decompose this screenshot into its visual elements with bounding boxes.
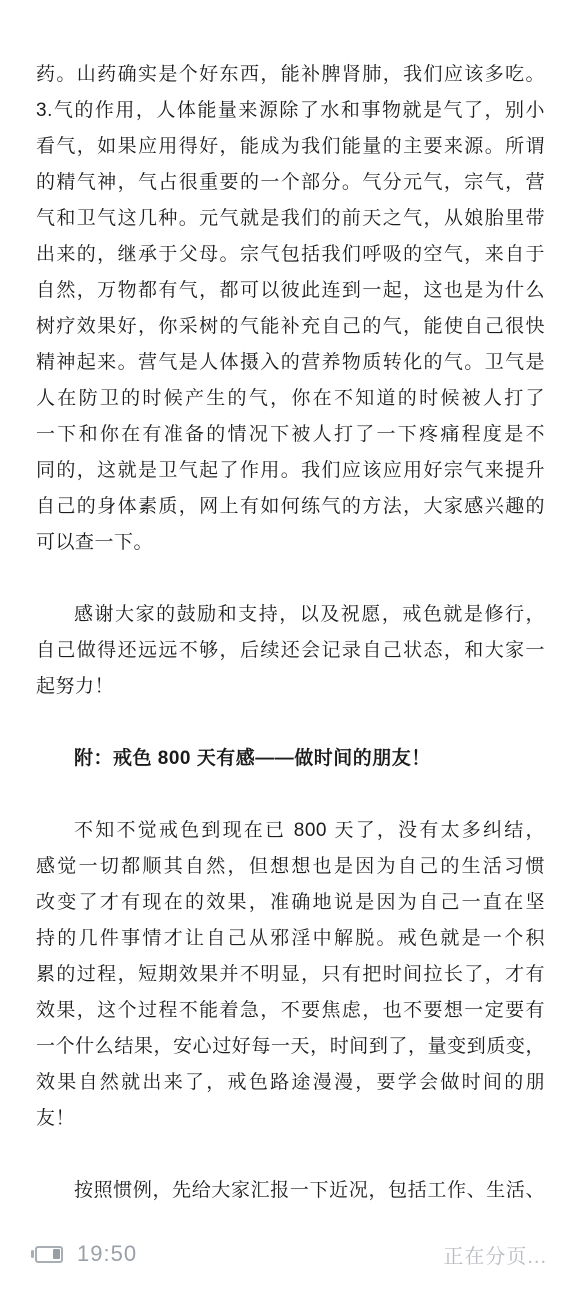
text-line: 精神起来。营气是人体摄入的营养物质转化的气。卫气是 — [36, 345, 545, 381]
text-line: 持的几件事情才让自己从邪淫中解脱。戒色就是一个积 — [36, 921, 545, 957]
text-line: 按照惯例，先给大家汇报一下近况，包括工作、生活、 — [36, 1173, 545, 1209]
text-line: 树疗效果好，你采树的气能补充自己的气，能使自己很快 — [36, 309, 545, 345]
text-line: 累的过程，短期效果并不明显，只有把时间拉长了，才有 — [36, 957, 545, 993]
text-line: 3.气的作用，人体能量来源除了水和事物就是气了，别小 — [36, 93, 545, 129]
text-line: 一个什么结果，安心过好每一天，时间到了，量变到质变， — [36, 1029, 545, 1065]
text-line: 附：戒色 800 天有感——做时间的朋友！ — [36, 741, 545, 777]
text-line: 自己的身体素质，网上有如何练气的方法，大家感兴趣的 — [36, 489, 545, 525]
battery-icon — [35, 1246, 63, 1263]
appendix-heading: 附：戒色 800 天有感——做时间的朋友！ — [36, 741, 545, 777]
text-line: 改变了才有现在的效果，准确地说是因为自己一直在坚 — [36, 885, 545, 921]
text-line: 感谢大家的鼓励和支持，以及祝愿，戒色就是修行， — [36, 597, 545, 633]
battery-nub — [31, 1250, 34, 1258]
text-line: 可以查一下。 — [36, 525, 545, 561]
text-line: 药。山药确实是个好东西，能补脾肾肺，我们应该多吃。 — [36, 57, 545, 93]
text-line: 感觉一切都顺其自然，但想想也是因为自己的生活习惯 — [36, 849, 545, 885]
text-line: 不知不觉戒色到现在已 800 天了，没有太多纠结， — [36, 813, 545, 849]
text-line: 友！ — [36, 1101, 545, 1137]
text-line: 出来的，继承于父母。宗气包括我们呼吸的空气，来自于 — [36, 237, 545, 273]
paragraph: 感谢大家的鼓励和支持，以及祝愿，戒色就是修行，自己做得还远远不够，后续还会记录自… — [36, 597, 545, 705]
text-line: 看气，如果应用得好，能成为我们能量的主要来源。所谓 — [36, 129, 545, 165]
paragraph: 药。山药确实是个好东西，能补脾肾肺，我们应该多吃。3.气的作用，人体能量来源除了… — [36, 57, 545, 561]
text-line: 一下和你在有准备的情况下被人打了一下疼痛程度是不 — [36, 417, 545, 453]
text-line: 起努力！ — [36, 669, 545, 705]
paragraph: 不知不觉戒色到现在已 800 天了，没有太多纠结，感觉一切都顺其自然，但想想也是… — [36, 813, 545, 1137]
status-bar-left: 19:50 — [30, 1241, 137, 1267]
text-line: 气和卫气这几种。元气就是我们的前天之气，从娘胎里带 — [36, 201, 545, 237]
text-line: 效果自然就出来了，戒色路途漫漫，要学会做时间的朋 — [36, 1065, 545, 1101]
clock-time: 19:50 — [77, 1241, 137, 1267]
text-line: 自己做得还远远不够，后续还会记录自己状态，和大家一 — [36, 633, 545, 669]
reader-page: 药。山药确实是个好东西，能补脾肾肺，我们应该多吃。3.气的作用，人体能量来源除了… — [0, 0, 580, 1289]
reader-status-bar: 19:50 正在分页... — [0, 1237, 580, 1271]
text-line: 的精气神，气占很重要的一个部分。气分元气，宗气，营 — [36, 165, 545, 201]
text-line: 同的，这就是卫气起了作用。我们应该应用好宗气来提升 — [36, 453, 545, 489]
text-line: 自然，万物都有气，都可以彼此连到一起，这也是为什么 — [36, 273, 545, 309]
text-line: 人在防卫的时候产生的气，你在不知道的时候被人打了 — [36, 381, 545, 417]
status-bar-right: 正在分页... — [443, 1240, 547, 1269]
text-line: 效果，这个过程不能着急，不要焦虑，也不要想一定要有 — [36, 993, 545, 1029]
reading-content[interactable]: 药。山药确实是个好东西，能补脾肾肺，我们应该多吃。3.气的作用，人体能量来源除了… — [36, 57, 545, 1209]
battery-fill — [53, 1249, 60, 1259]
pagination-status: 正在分页... — [443, 1246, 547, 1268]
paragraph: 按照惯例，先给大家汇报一下近况，包括工作、生活、 — [36, 1173, 545, 1209]
